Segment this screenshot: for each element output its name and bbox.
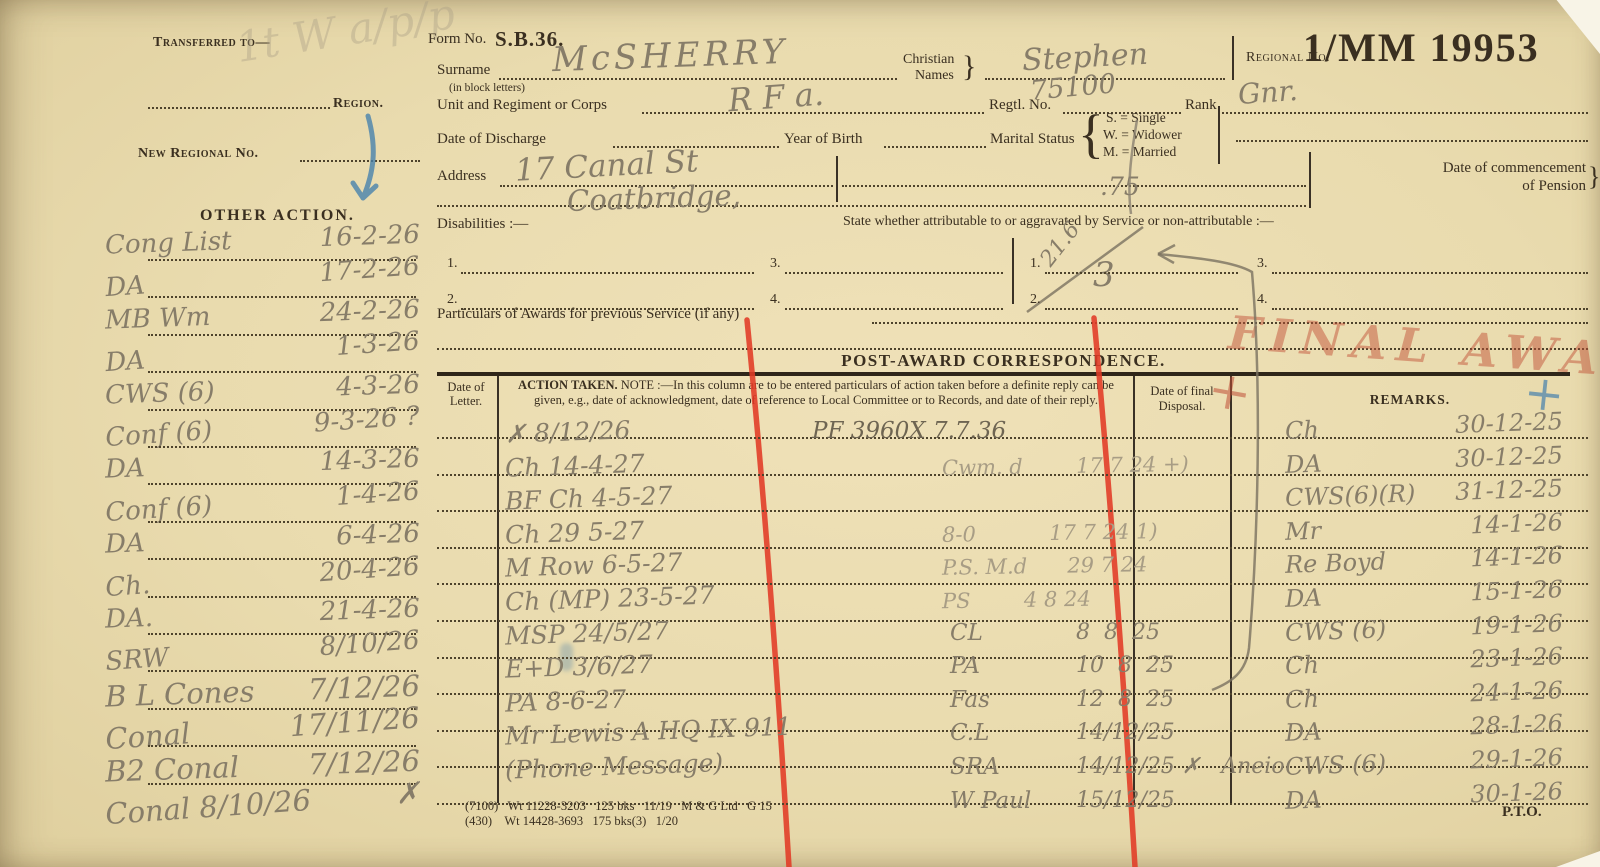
christian-names-label-2: Names [915, 68, 954, 84]
address-label: Address [437, 168, 486, 185]
remark-date: 24-1-26 [1470, 676, 1563, 707]
remark-date: 23-1-26 [1470, 642, 1563, 673]
remark-entry: DA28-1-26 [1285, 710, 1564, 748]
disposal-code-entry: PA [950, 653, 980, 679]
other-action-code: DA [105, 454, 146, 485]
other-action-code: MB Wm [105, 302, 211, 336]
other-action-code: Ch. [104, 570, 151, 603]
print-code-line-1: (7100) Wt 11228-3203 125 bks 11/19 M & G… [465, 799, 772, 814]
table-top-rule [437, 372, 1570, 376]
disability-number: 4. [770, 292, 781, 308]
pension-pencil-note: .75 [1100, 172, 1140, 201]
disabilities-divider [1012, 238, 1014, 304]
form-no-label: Form No. [428, 31, 486, 48]
marital-brace: { [1078, 103, 1104, 165]
table-col-line-3 [1230, 376, 1232, 803]
address-value-2: Coatbridge, [566, 178, 741, 218]
right-top-dotted-line [1236, 140, 1588, 142]
disability-line [1272, 272, 1588, 274]
other-action-date: 21-4-26 [319, 594, 420, 627]
new-regional-dotted-line [300, 160, 420, 162]
remark-code: CWS (6) [1285, 615, 1387, 647]
pension-divider [1309, 152, 1311, 208]
remark-code: Ch [1285, 416, 1320, 445]
unit-value: R F a. [727, 75, 825, 120]
disability-number: 1. [1030, 256, 1041, 272]
other-action-code: DA [104, 271, 146, 304]
disability-number: 3. [1257, 256, 1268, 272]
print-code-line-2: (430) Wt 14428-3693 175 bks(3) 1/20 [465, 814, 678, 829]
remark-date: 30-12-25 [1455, 407, 1564, 439]
other-action-date: 20-4-26 [319, 551, 421, 588]
top-pencil-scribble: 1t W a/p/p [233, 0, 459, 72]
christian-names-brace: } [962, 50, 976, 84]
remark-entry: Ch24-1-26 [1285, 676, 1564, 714]
disposal-code-entry: Fas [950, 687, 990, 713]
remark-code: DA [1285, 785, 1323, 814]
disability-line [785, 272, 1003, 274]
other-action-code: Conal 8/10/26 [104, 783, 312, 831]
other-action-date: 9-3-26 ? [313, 401, 421, 438]
pension-record-card: Transferred to— 1t W a/p/p Region. New R… [0, 0, 1600, 867]
disability-line [461, 272, 754, 274]
other-action-date: 8/10/26 [319, 626, 421, 663]
unit-label: Unit and Regiment or Corps [437, 97, 607, 114]
other-action-code: SRW [104, 643, 169, 677]
scan-corner-bottom-right [1556, 851, 1600, 867]
other-action-code: Conal [104, 717, 191, 757]
earlier-pencil-entry: P.S. M.d 29 7 24 [942, 553, 1148, 581]
disability-number: 2. [1030, 292, 1041, 308]
pension-label-2: of Pension [1318, 178, 1586, 195]
pencil-arrowhead [1158, 245, 1175, 263]
remark-date: 29-1-26 [1470, 743, 1563, 774]
disability-line [461, 308, 754, 310]
remark-date: 14-1-26 [1470, 508, 1563, 539]
earlier-pencil-entry: 8-0 17 7 24 1) [942, 519, 1158, 547]
other-action-date: ✗ [394, 775, 421, 811]
remark-code: Re Boyd [1285, 548, 1387, 580]
blue-check-stroke [353, 116, 376, 198]
other-action-code: DA [104, 346, 146, 379]
action-taken-note: NOTE :—In this column are to be entered … [534, 378, 1114, 407]
yob-label: Year of Birth [784, 131, 862, 148]
remark-entry: Ch23-1-26 [1285, 642, 1564, 680]
remark-date: 19-1-26 [1470, 609, 1563, 640]
disposal-code-entry: W Paul [950, 788, 1031, 814]
disability-line [1045, 272, 1238, 274]
red-plus-mark: + [1203, 359, 1256, 426]
remark-code: Ch [1285, 651, 1320, 680]
pencil-diagonal-stroke [1027, 227, 1143, 312]
remark-date: 28-1-26 [1470, 710, 1563, 741]
other-action-code: DA [105, 528, 146, 559]
remark-code: CWS(6)(R) [1285, 480, 1416, 513]
disposal-date-entry: 14/12/25 [1076, 720, 1175, 745]
earlier-pencil-entry: Cwm. d 17 7 24 +) [942, 451, 1189, 479]
other-action-date: 14-3-26 [319, 444, 420, 477]
col-header-date-of-letter: Date of Letter. [437, 380, 495, 408]
address-divider-1 [836, 156, 838, 202]
other-action-date: 16-2-26 [319, 220, 420, 253]
remark-entry: CWS (6)19-1-26 [1285, 609, 1564, 647]
address-dotted-line-1b [842, 185, 1306, 187]
remark-entry: CWS (6)29-1-26 [1285, 743, 1564, 781]
disposal-date-entry: 10 8 25 [1076, 653, 1174, 678]
action-taken-label: ACTION TAKEN. [518, 378, 618, 392]
disposal-code-entry: SRA [950, 754, 1000, 780]
table-col-line-1 [497, 376, 499, 803]
other-action-date: 17-2-26 [319, 252, 421, 289]
surname-sub-label: (in block letters) [449, 82, 525, 94]
disability-number: 3. [770, 256, 781, 272]
disposal-code-entry: CL [950, 620, 983, 646]
other-action-date: 6-4-26 [336, 519, 421, 552]
remark-entry: Mr14-1-26 [1285, 508, 1564, 546]
other-action-code: CWS (6) [105, 376, 216, 410]
disability-pencil-note-2: 3 [1093, 255, 1115, 295]
pension-brace: } [1588, 162, 1600, 192]
marital-option-married: M. = Married [1103, 144, 1176, 160]
scan-corner-top-right [1538, 0, 1600, 54]
disposal-date-entry: 8 8 25 [1076, 620, 1160, 645]
disabilities-label: Disabilities :— [437, 216, 528, 233]
pension-label-1: Date of commencement [1318, 160, 1586, 177]
regional-no-value: 1/MM 19953 [1303, 24, 1540, 71]
disposal-code-entry: C.L [950, 720, 989, 746]
other-action-date: 24-2-26 [319, 294, 420, 327]
remark-entry: CWS(6)(R)31-12-25 [1285, 474, 1564, 512]
disability-number: 1. [447, 256, 458, 272]
remark-date: 15-1-26 [1470, 575, 1563, 606]
marital-option-single: S. = Single [1106, 110, 1166, 126]
disposal-date-entry: 12 8 25 [1076, 687, 1174, 712]
disability-number: 4. [1257, 292, 1268, 308]
other-action-code: Cong List [105, 226, 233, 260]
remark-entry: Ch30-12-25 [1285, 407, 1564, 445]
remark-date: 30-1-26 [1470, 777, 1563, 808]
surname-label: Surname [437, 62, 490, 79]
disability-number: 2. [447, 292, 458, 308]
col-header-action-taken: ACTION TAKEN. NOTE :—In this column are … [507, 378, 1125, 407]
other-action-date: 1-3-26 [335, 326, 421, 362]
rank-label: Rank [1185, 97, 1217, 114]
remark-code: DA [1285, 718, 1323, 747]
marital-status-label: Marital Status [990, 131, 1075, 148]
remark-date: 30-12-25 [1455, 441, 1564, 473]
yob-dotted-line [884, 146, 986, 148]
other-action-code: DA. [105, 603, 154, 635]
remark-code: Ch [1285, 684, 1320, 713]
disability-line [1272, 308, 1588, 310]
other-action-date: 1-4-26 [335, 476, 421, 512]
discharge-label: Date of Discharge [437, 131, 546, 148]
disability-line [1045, 308, 1238, 310]
regtl-no-value: 75100 [1029, 68, 1117, 106]
earlier-pencil-entry: PS 4 8 24 [942, 587, 1091, 614]
remark-code: CWS (6) [1285, 749, 1387, 781]
remark-code: DA [1285, 449, 1323, 478]
remark-code: DA [1285, 584, 1323, 613]
disposal-date-entry: 14/12/25 ✗ Aneio [1076, 754, 1285, 779]
region-label: Region. [333, 96, 383, 112]
region-dotted-line [148, 107, 330, 109]
disposal-date-entry: 15/12/25 [1076, 788, 1175, 813]
regional-no-divider [1232, 36, 1234, 80]
christian-names-label-1: Christian [903, 52, 954, 68]
remark-entry: DA15-1-26 [1285, 575, 1564, 613]
remark-code: Mr [1285, 516, 1322, 545]
marital-option-widower: W. = Widower [1103, 127, 1182, 143]
marital-divider [1218, 106, 1220, 164]
rank-value: Gnr. [1237, 74, 1299, 111]
remark-date: 31-12-25 [1455, 474, 1564, 506]
other-action-date: 4-3-26 [336, 369, 421, 402]
rank-dotted-line [1222, 112, 1588, 114]
remark-date: 14-1-26 [1470, 542, 1563, 573]
disability-line [785, 308, 1003, 310]
new-regional-no-label: New Regional No. [138, 146, 259, 162]
surname-value: McSHERRY [551, 32, 788, 80]
